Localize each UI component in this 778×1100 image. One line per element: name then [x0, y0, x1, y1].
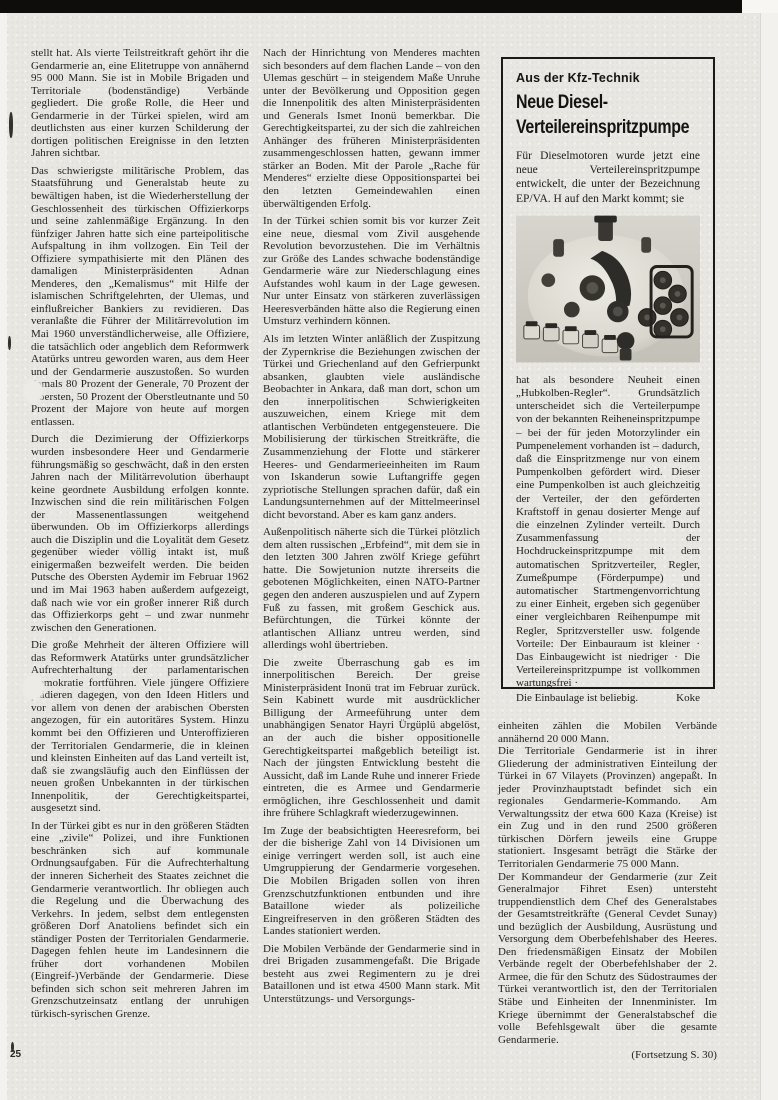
article-paragraph: Die große Mehrheit der älteren Offiziere…	[31, 639, 249, 815]
box-title-line1: Neue Diesel-	[516, 90, 671, 115]
box-kicker: Aus der Kfz-Technik	[516, 71, 700, 85]
scan-blemish	[24, 676, 43, 699]
column-middle: Nach der Hinrichtung von Menderes machte…	[263, 47, 480, 1010]
box-title: Neue Diesel- Verteilereinspritzpumpe	[516, 90, 671, 140]
article-paragraph: Die Territoriale Gendarmerie ist in ihre…	[498, 745, 717, 870]
kfz-technik-sidebar-box: Aus der Kfz-Technik Neue Diesel- Verteil…	[501, 57, 715, 689]
column-right: einheiten zählen die Mobilen Verbände an…	[498, 720, 717, 1062]
scan-edge-top	[0, 0, 742, 13]
article-paragraph: Außenpolitisch näherte sich die Türkei p…	[263, 526, 480, 651]
box-closing-line: Die Einbaulage ist beliebig. Koke	[516, 692, 700, 705]
article-paragraph: Die Mobilen Verbände der Gendarmerie sin…	[263, 943, 480, 1006]
injection-pump-photo	[516, 214, 700, 364]
box-author: Koke	[676, 692, 700, 705]
article-paragraph: Durch die Dezimierung der Offizierkorps …	[31, 433, 249, 634]
box-title-line2: Verteilereinspritzpumpe	[516, 115, 671, 140]
page-edge-right	[760, 13, 778, 1100]
article-paragraph: Die zweite Überraschung gab es im innerp…	[263, 657, 480, 820]
article-paragraph: Als im letzten Winter anläßlich der Zusp…	[263, 333, 480, 521]
scan-speck	[8, 336, 11, 350]
page-number: 25	[10, 1049, 21, 1060]
scan-edge-left	[0, 13, 7, 1100]
column-left: stellt hat. Als vierte Teilstreitkraft g…	[31, 47, 249, 1026]
continuation-note: (Fortsetzung S. 30)	[498, 1049, 717, 1062]
box-intro-paragraph: Für Dieselmotoren wurde jetzt eine neue …	[516, 149, 700, 206]
scan-speck	[9, 112, 13, 138]
box-body-paragraph: hat als besondere Neuheit einen „Hubkolb…	[516, 374, 700, 691]
article-paragraph: Der Kommandeur der Gendarmerie (zur Zeit…	[498, 871, 717, 1047]
scan-blemish	[25, 381, 42, 402]
scan-edge-top-corner	[742, 0, 778, 13]
article-paragraph: stellt hat. Als vierte Teilstreitkraft g…	[31, 47, 249, 160]
article-paragraph: Nach der Hinrichtung von Menderes machte…	[263, 47, 480, 210]
article-paragraph: Im Zuge der beabsichtigten Heeresreform,…	[263, 825, 480, 938]
article-paragraph: Das schwierigste militärische Problem, d…	[31, 165, 249, 428]
article-paragraph: einheiten zählen die Mobilen Verbände an…	[498, 720, 717, 745]
box-closing-text: Die Einbaulage ist beliebig.	[516, 692, 638, 705]
article-paragraph: In der Türkei gibt es nur in den größere…	[31, 820, 249, 1021]
article-paragraph: In der Türkei schien somit bis vor kurze…	[263, 215, 480, 328]
magazine-page-scan: stellt hat. Als vierte Teilstreitkraft g…	[0, 0, 778, 1100]
